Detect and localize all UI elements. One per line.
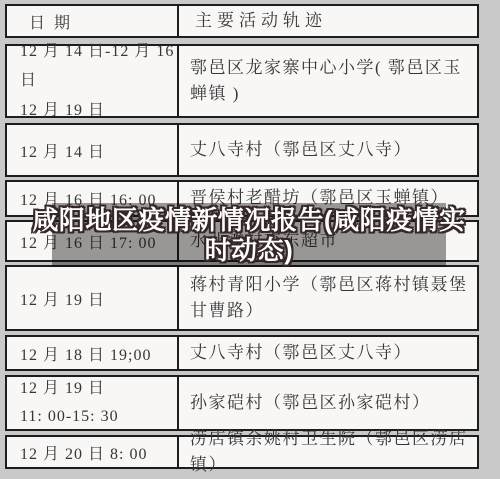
track-text: 蒋村青阳小学（鄠邑区蒋村镇聂堡甘曹路） (190, 272, 471, 325)
track-cell: 鄠邑区龙家寨中心小学( 鄠邑区玉蝉镇 ) (179, 46, 477, 116)
table-row: 12 月 19 日 蒋村青阳小学（鄠邑区蒋村镇聂堡甘曹路） (5, 265, 479, 331)
track-cell: 丈八寺村（鄠邑区丈八寺） (179, 337, 477, 369)
date-line: 12 月 14 日-12 月 16 日 (20, 37, 177, 96)
track-cell: 蒋村青阳小学（鄠邑区蒋村镇聂堡甘曹路） (179, 267, 477, 329)
track-text: 涝店镇余姚村卫生院（鄠邑区涝店镇） (190, 426, 471, 479)
date-column-header: 日期 (20, 10, 177, 33)
track-cell: 涝店镇余姚村卫生院（鄠邑区涝店镇） (179, 437, 477, 467)
track-cell: 丈八寺村（鄠邑区丈八寺） (179, 125, 477, 175)
date-line: 12 月 18 日 19;00 (20, 342, 177, 365)
track-text: 丈八寺村（鄠邑区丈八寺） (190, 137, 471, 163)
page: 日期 主要活动轨迹 12 月 14 日-12 月 16 日 12 月 19 日 … (0, 0, 500, 479)
date-cell: 12 月 19 日 11: 00-15: 30 (7, 377, 179, 429)
track-text: 孙家硙村（鄠邑区孙家硙村） (190, 390, 471, 416)
track-cell: 孙家硙村（鄠邑区孙家硙村） (179, 377, 477, 429)
date-line: 12 月 19 日 (20, 287, 177, 310)
table-row: 12 月 19 日 11: 00-15: 30 孙家硙村（鄠邑区孙家硙村） (5, 375, 479, 431)
track-text: 鄠邑区龙家寨中心小学( 鄠邑区玉蝉镇 ) (190, 55, 471, 108)
table-row: 12 月 14 日 丈八寺村（鄠邑区丈八寺） (5, 123, 479, 177)
article-title-line1: 咸阳地区疫情新情况报告(咸阳疫情实 (32, 205, 465, 235)
date-line: 12 月 19 日 (20, 375, 177, 403)
table-header-row: 日期 主要活动轨迹 (5, 4, 479, 38)
date-cell: 12 月 18 日 19;00 (7, 337, 179, 369)
date-line: 12 月 14 日 (20, 139, 177, 162)
date-cell: 12 月 19 日 (7, 267, 179, 329)
date-cell: 12 月 14 日-12 月 16 日 12 月 19 日 (7, 46, 179, 116)
track-column-header: 主要活动轨迹 (190, 8, 471, 34)
date-line: 11: 00-15: 30 (20, 403, 177, 431)
table-row: 12 月 18 日 19;00 丈八寺村（鄠邑区丈八寺） (5, 335, 479, 371)
date-cell: 12 月 20 日 8: 00 (7, 437, 179, 467)
date-line: 12 月 20 日 8: 00 (20, 441, 177, 464)
table-row: 12 月 14 日-12 月 16 日 12 月 19 日 鄠邑区龙家寨中心小学… (5, 44, 479, 118)
date-cell: 12 月 14 日 (7, 125, 179, 175)
table-row: 12 月 20 日 8: 00 涝店镇余姚村卫生院（鄠邑区涝店镇） (5, 435, 479, 469)
article-title-line2: 时动态) (205, 235, 294, 265)
article-title-overlay: 咸阳地区疫情新情况报告(咸阳疫情实 时动态) (52, 203, 446, 267)
track-text: 丈八寺村（鄠邑区丈八寺） (190, 340, 471, 366)
date-column-header-cell: 日期 (7, 6, 179, 36)
track-column-header-cell: 主要活动轨迹 (179, 6, 477, 36)
date-line: 12 月 19 日 (20, 96, 177, 126)
